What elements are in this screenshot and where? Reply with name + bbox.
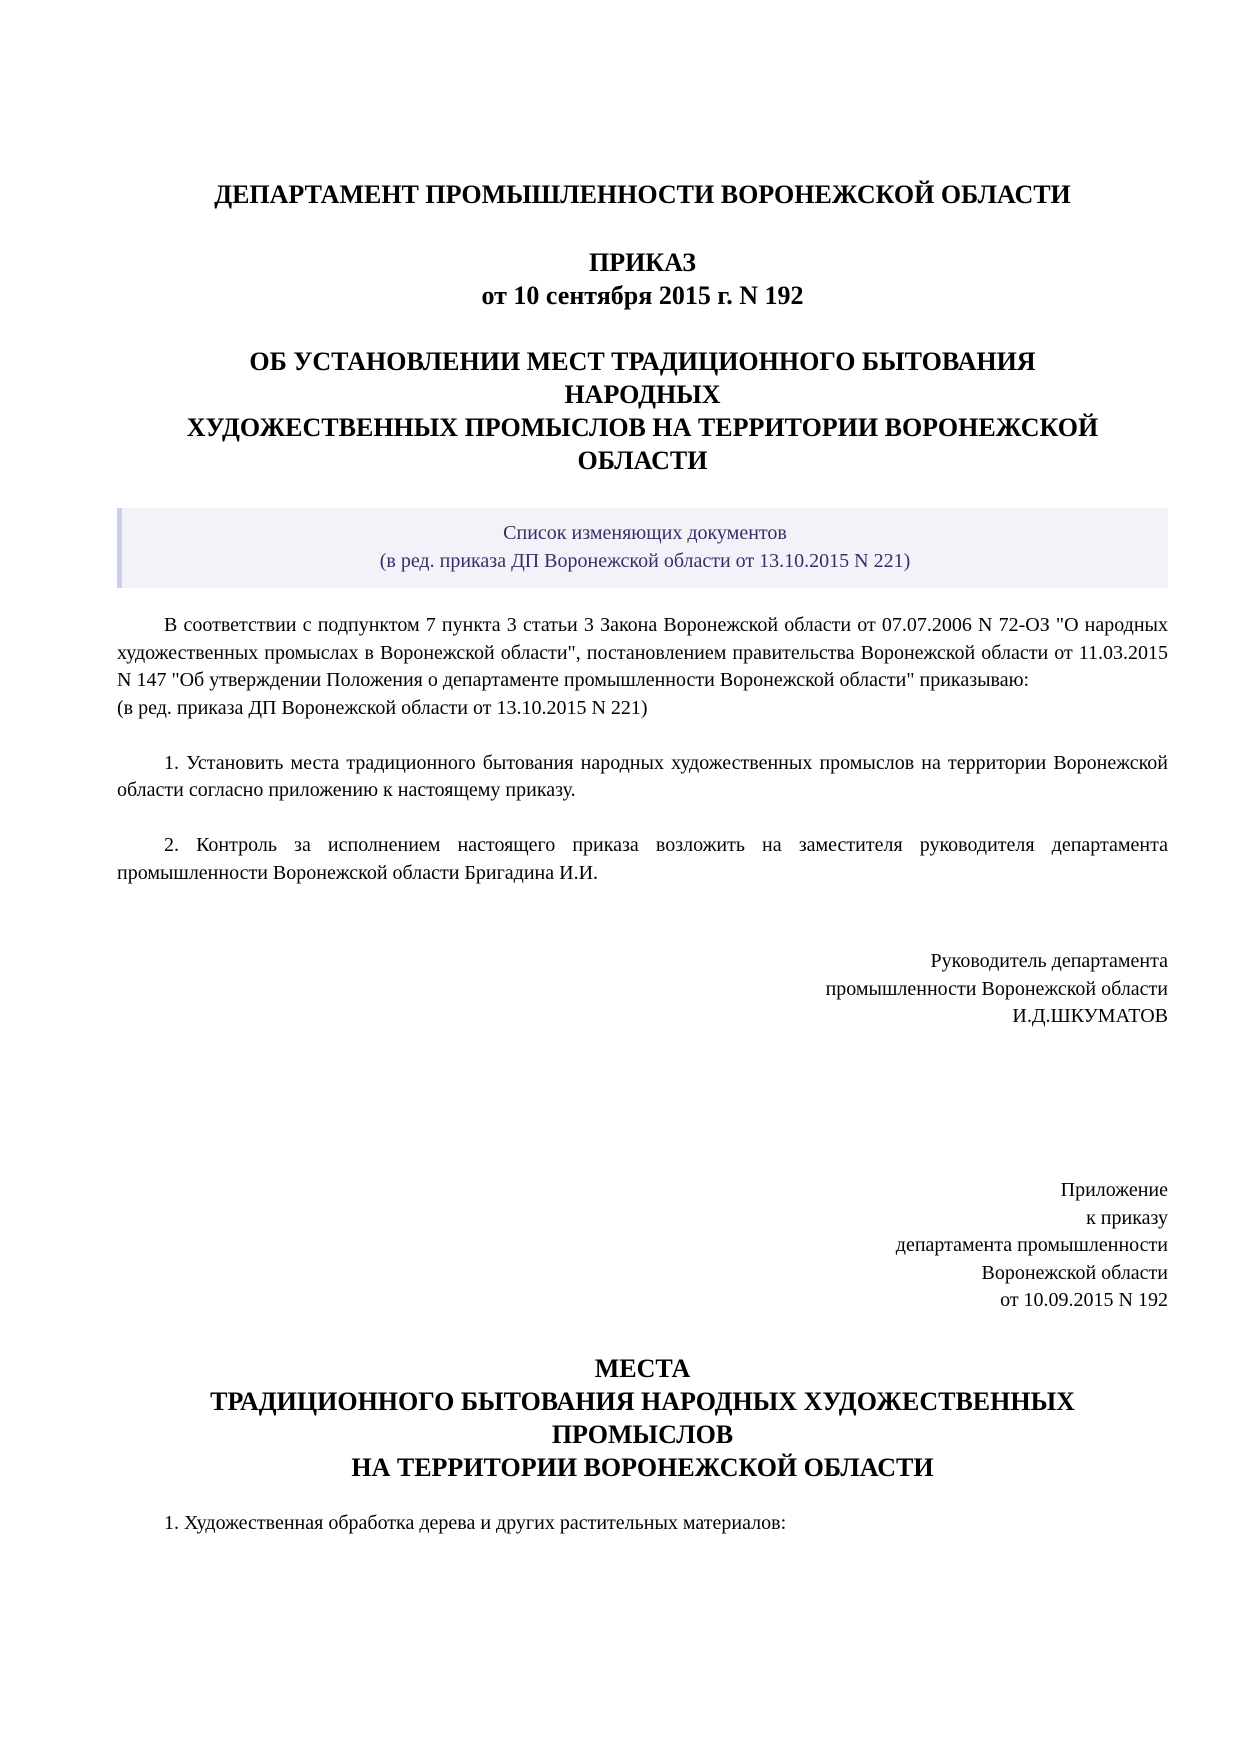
signature-name: И.Д.ШКУМАТОВ: [826, 1003, 1168, 1031]
clause-1: 1. Установить места традиционного бытова…: [117, 750, 1168, 805]
appendix-title-line: ТРАДИЦИОННОГО БЫТОВАНИЯ НАРОДНЫХ ХУДОЖЕС…: [117, 1385, 1168, 1418]
appendix-line: Воронежской области: [896, 1260, 1168, 1288]
appendix-line: Приложение: [896, 1177, 1168, 1205]
subject-line: ХУДОЖЕСТВЕННЫХ ПРОМЫСЛОВ НА ТЕРРИТОРИИ В…: [117, 411, 1168, 444]
signature-line: Руководитель департамента: [826, 948, 1168, 976]
order-subject: ОБ УСТАНОВЛЕНИИ МЕСТ ТРАДИЦИОННОГО БЫТОВ…: [117, 345, 1168, 477]
amendments-title: Список изменяющих документов: [122, 519, 1168, 547]
appendix-title-line: ПРОМЫСЛОВ: [117, 1418, 1168, 1451]
preamble-amendment[interactable]: (в ред. приказа ДП Воронежской области о…: [117, 695, 1168, 723]
appendix-reference: Приложение к приказу департамента промыш…: [896, 1177, 1168, 1315]
department-title: ДЕПАРТАМЕНТ ПРОМЫШЛЕННОСТИ ВОРОНЕЖСКОЙ О…: [117, 178, 1168, 211]
appendix-title-line: НА ТЕРРИТОРИИ ВОРОНЕЖСКОЙ ОБЛАСТИ: [117, 1451, 1168, 1484]
amendments-reference[interactable]: (в ред. приказа ДП Воронежской области о…: [122, 547, 1168, 575]
order-header: ПРИКАЗ от 10 сентября 2015 г. N 192: [117, 246, 1168, 312]
appendix-item-1: 1. Художественная обработка дерева и дру…: [164, 1510, 786, 1538]
order-date-number: от 10 сентября 2015 г. N 192: [117, 279, 1168, 312]
order-type: ПРИКАЗ: [117, 246, 1168, 279]
appendix-title: МЕСТА ТРАДИЦИОННОГО БЫТОВАНИЯ НАРОДНЫХ Х…: [117, 1352, 1168, 1484]
appendix-line: к приказу: [896, 1205, 1168, 1233]
subject-line: ОБЛАСТИ: [117, 444, 1168, 477]
order-body: В соответствии с подпунктом 7 пункта 3 с…: [117, 612, 1168, 887]
subject-line: ОБ УСТАНОВЛЕНИИ МЕСТ ТРАДИЦИОННОГО БЫТОВ…: [117, 345, 1168, 378]
subject-line: НАРОДНЫХ: [117, 378, 1168, 411]
appendix-line: департамента промышленности: [896, 1232, 1168, 1260]
signature-block: Руководитель департамента промышленности…: [826, 948, 1168, 1031]
preamble-paragraph: В соответствии с подпунктом 7 пункта 3 с…: [117, 612, 1168, 695]
appendix-title-line: МЕСТА: [117, 1352, 1168, 1385]
signature-line: промышленности Воронежской области: [826, 976, 1168, 1004]
amendments-box: Список изменяющих документов (в ред. при…: [117, 508, 1168, 588]
appendix-line: от 10.09.2015 N 192: [896, 1287, 1168, 1315]
clause-2: 2. Контроль за исполнением настоящего пр…: [117, 832, 1168, 887]
